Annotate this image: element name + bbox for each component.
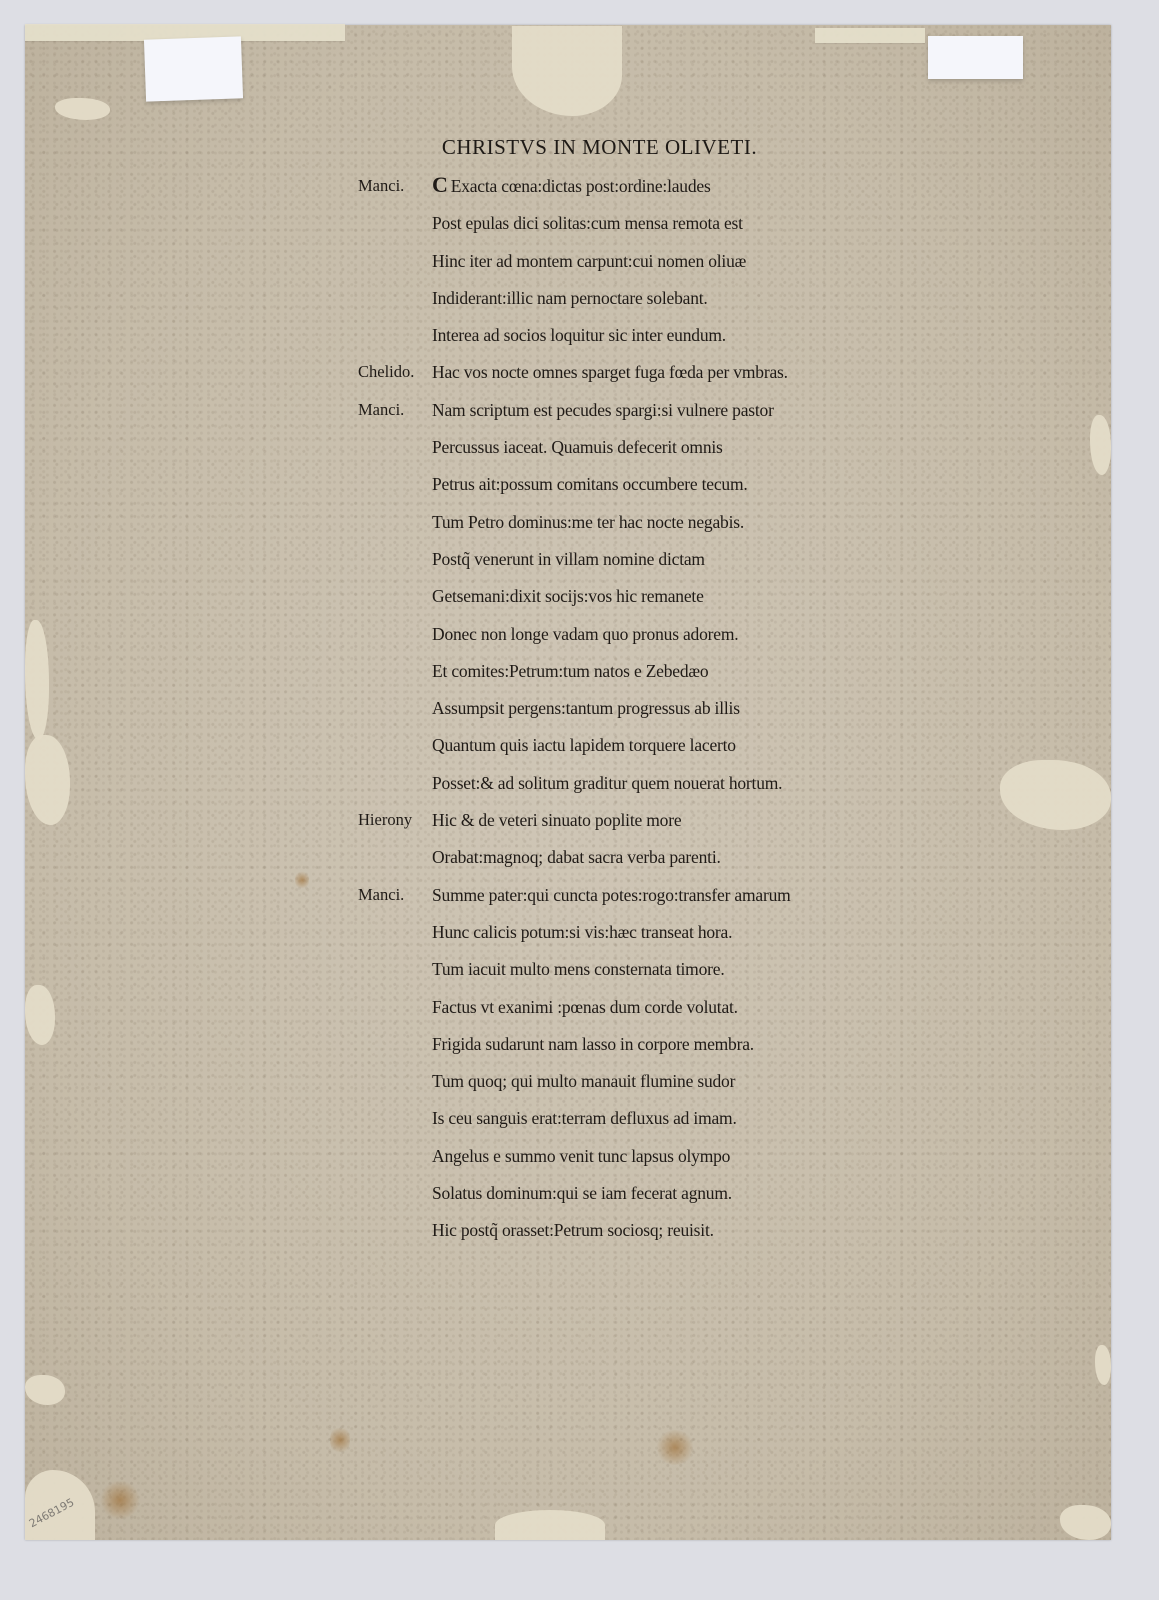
verse-line: Manci.Summe pater:qui cuncta potes:rogo:… [352, 880, 872, 917]
hinge-tape-right [815, 28, 925, 43]
verse-line: Frigida sudarunt nam lasso in corpore me… [352, 1029, 872, 1066]
mounting-tab-left [144, 36, 243, 101]
verse-line: Factus vt exanimi :pœnas dum corde volut… [352, 992, 872, 1029]
verse-block: Manci.CExacta cœna:dictas post:ordine:la… [352, 171, 872, 1253]
speaker-label: Chelido. [358, 357, 430, 387]
verse-line: Tum quoq; qui multo manauit flumine sudo… [352, 1066, 872, 1103]
verse-line: Percussus iaceat. Quamuis defecerit omni… [352, 432, 872, 469]
verse-line: Chelido.Hac vos nocte omnes sparget fuga… [352, 357, 872, 394]
verse-line: Hinc iter ad montem carpunt:cui nomen ol… [352, 246, 872, 283]
verse-line: Indiderant:illic nam pernoctare solebant… [352, 283, 872, 320]
verse-text: Tum Petro dominus:me ter hac nocte negab… [432, 507, 744, 537]
verse-text: Assumpsit pergens:tantum progressus ab i… [432, 693, 740, 723]
verse-line: Postq̃ venerunt in villam nomine dictam [352, 544, 872, 581]
verse-text: Angelus e summo venit tunc lapsus olympo [432, 1141, 730, 1171]
verse-text: Solatus dominum:qui se iam fecerat agnum… [432, 1178, 732, 1208]
mounting-tab-right [928, 36, 1023, 79]
verse-text: Interea ad socios loquitur sic inter eun… [432, 320, 726, 350]
verse-text: Getsemani:dixit socijs:vos hic remanete [432, 581, 704, 611]
verse-text: Tum iacuit multo mens consternata timore… [432, 954, 725, 984]
initial-capital: C [432, 173, 448, 197]
verse-text: Hunc calicis potum:si vis:hæc transeat h… [432, 917, 732, 947]
verse-text-content: Exacta cœna:dictas post:ordine:laudes [451, 176, 711, 196]
verse-text: Hac vos nocte omnes sparget fuga fœda pe… [432, 357, 788, 387]
verse-text: Et comites:Petrum:tum natos e Zebedæo [432, 656, 708, 686]
verse-text: Posset:& ad solitum graditur quem nouera… [432, 768, 782, 798]
verse-line: Interea ad socios loquitur sic inter eun… [352, 320, 872, 357]
verse-line: Getsemani:dixit socijs:vos hic remanete [352, 581, 872, 618]
verse-line: Hic postq̃ orasset:Petrum sociosq; reuis… [352, 1215, 872, 1252]
verse-line: Donec non longe vadam quo pronus adorem. [352, 619, 872, 656]
foxing-stain [295, 870, 309, 890]
verse-line: Hunc calicis potum:si vis:hæc transeat h… [352, 917, 872, 954]
verse-text: Factus vt exanimi :pœnas dum corde volut… [432, 992, 738, 1022]
verse-text: Quantum quis iactu lapidem torquere lace… [432, 730, 736, 760]
verse-line: HieronyHic & de veteri sinuato poplite m… [352, 805, 872, 842]
verse-line: Orabat:magnoq; dabat sacra verba parenti… [352, 842, 872, 879]
verse-text: Hic & de veteri sinuato poplite more [432, 805, 681, 835]
verse-line: Angelus e summo venit tunc lapsus olympo [352, 1141, 872, 1178]
verse-text: Nam scriptum est pecudes spargi:si vulne… [432, 395, 774, 425]
verse-line: Manci.CExacta cœna:dictas post:ordine:la… [352, 171, 872, 208]
verse-line: Solatus dominum:qui se iam fecerat agnum… [352, 1178, 872, 1215]
verse-text: Frigida sudarunt nam lasso in corpore me… [432, 1029, 754, 1059]
verse-text: Postq̃ venerunt in villam nomine dictam [432, 544, 705, 574]
verse-text: Percussus iaceat. Quamuis defecerit omni… [432, 432, 723, 462]
verse-text: Donec non longe vadam quo pronus adorem. [432, 619, 738, 649]
verse-line: Petrus ait:possum comitans occumbere tec… [352, 469, 872, 506]
paper-loss-left-1 [25, 620, 49, 740]
foxing-stain [100, 1480, 140, 1520]
verse-line: Manci.Nam scriptum est pecudes spargi:si… [352, 395, 872, 432]
verse-text: Summe pater:qui cuncta potes:rogo:transf… [432, 880, 791, 910]
verse-line: Et comites:Petrum:tum natos e Zebedæo [352, 656, 872, 693]
verse-text: Is ceu sanguis erat:terram defluxus ad i… [432, 1103, 737, 1133]
speaker-label: Manci. [358, 880, 430, 910]
verse-line: Is ceu sanguis erat:terram defluxus ad i… [352, 1103, 872, 1140]
page-title: CHRISTVS IN MONTE OLIVETI. [0, 135, 1159, 160]
verse-line: Post epulas dici solitas:cum mensa remot… [352, 208, 872, 245]
verse-line: Tum Petro dominus:me ter hac nocte negab… [352, 507, 872, 544]
paper-loss-bottom-center [495, 1510, 605, 1540]
verse-text: Orabat:magnoq; dabat sacra verba parenti… [432, 842, 721, 872]
verse-line: Quantum quis iactu lapidem torquere lace… [352, 730, 872, 767]
speaker-label: Manci. [358, 171, 430, 201]
paper-loss-right-1 [1090, 415, 1111, 475]
speaker-label: Hierony [358, 805, 430, 835]
foxing-stain [655, 1430, 695, 1465]
verse-text: Hic postq̃ orasset:Petrum sociosq; reuis… [432, 1215, 714, 1245]
verse-text: Indiderant:illic nam pernoctare solebant… [432, 283, 708, 313]
paper-loss-right-3 [1095, 1345, 1111, 1385]
foxing-stain [330, 1425, 350, 1455]
verse-text: CExacta cœna:dictas post:ordine:laudes [432, 171, 711, 201]
verse-text: Post epulas dici solitas:cum mensa remot… [432, 208, 743, 238]
verse-text: Petrus ait:possum comitans occumbere tec… [432, 469, 748, 499]
speaker-label: Manci. [358, 395, 430, 425]
verse-text: Hinc iter ad montem carpunt:cui nomen ol… [432, 246, 746, 276]
verse-line: Assumpsit pergens:tantum progressus ab i… [352, 693, 872, 730]
verse-text: Tum quoq; qui multo manauit flumine sudo… [432, 1066, 735, 1096]
verse-line: Tum iacuit multo mens consternata timore… [352, 954, 872, 991]
verse-line: Posset:& ad solitum graditur quem nouera… [352, 768, 872, 805]
